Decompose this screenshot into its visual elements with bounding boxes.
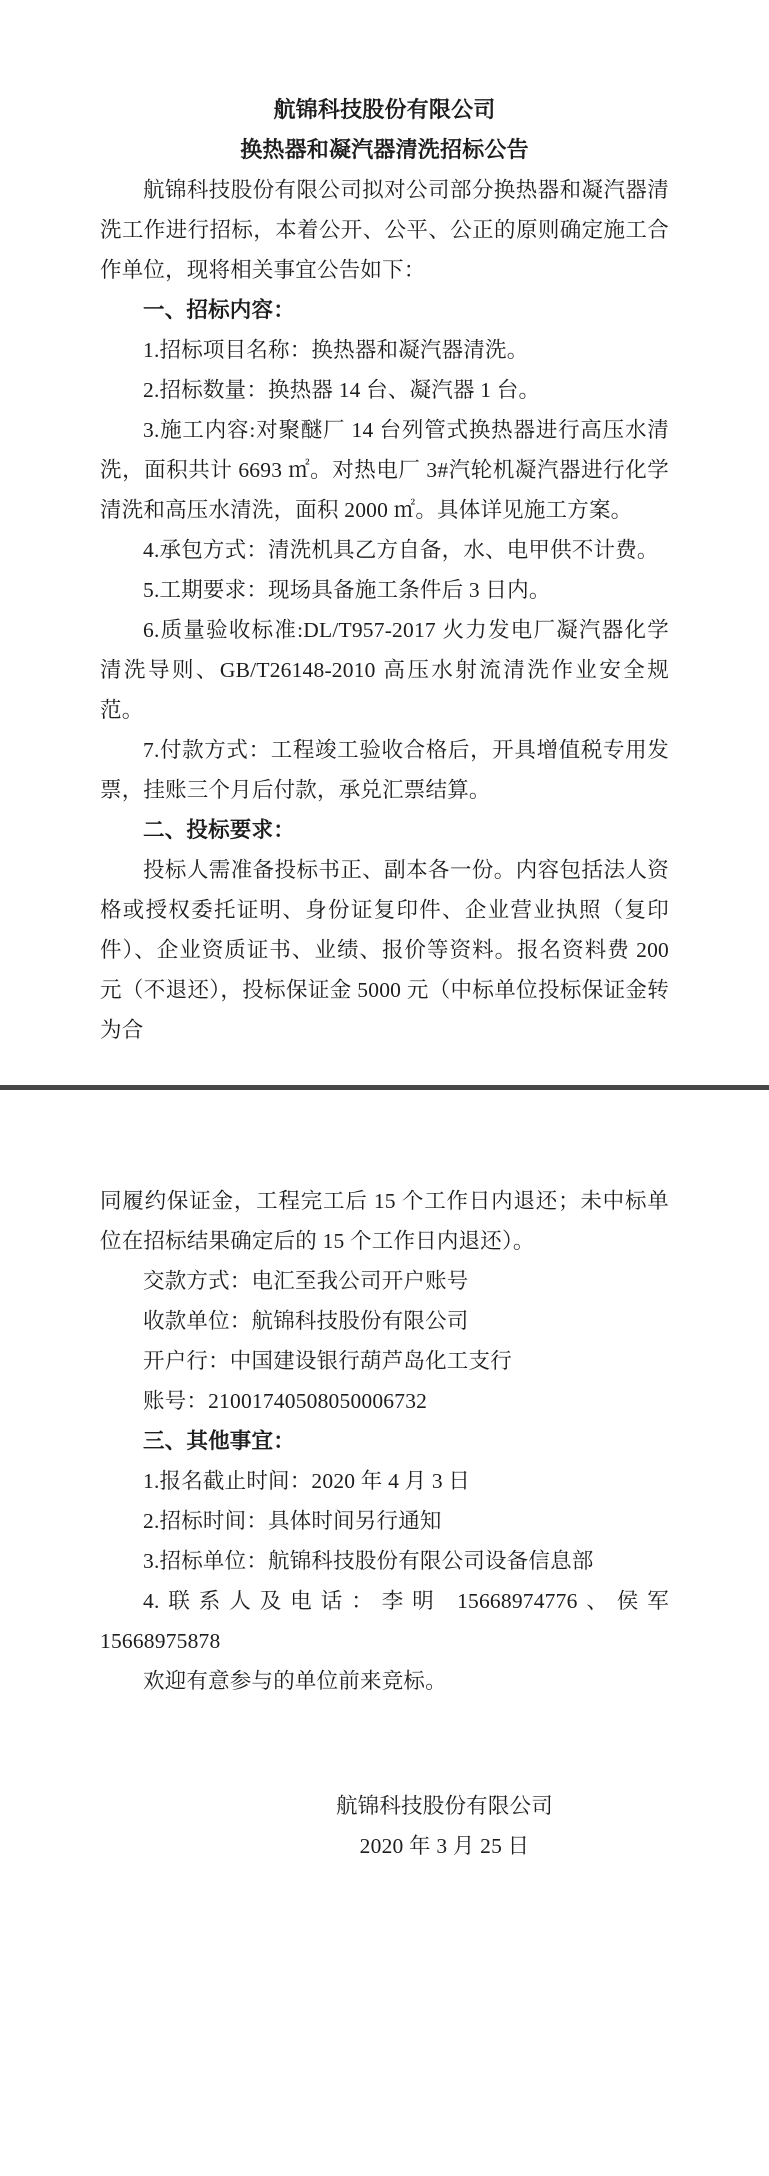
signature-block: 航锦科技股份有限公司 2020 年 3 月 25 日 xyxy=(336,1786,553,1866)
closing-line: 欢迎有意参与的单位前来竞标。 xyxy=(100,1661,669,1701)
page-2: 同履约保证金，工程完工后 15 个工作日内退还；未中标单位在招标结果确定后的 1… xyxy=(0,1090,769,2176)
tender-item-payment-terms: 7.付款方式：工程竣工验收合格后，开具增值税专用发票，挂账三个月后付款，承兑汇票… xyxy=(100,730,669,810)
intro-paragraph: 航锦科技股份有限公司拟对公司部分换热器和凝汽器清洗工作进行招标，本着公开、公平、… xyxy=(100,170,669,290)
other-item-tender-time: 2.招标时间：具体时间另行通知 xyxy=(100,1501,669,1541)
payment-method-line: 交款方式：电汇至我公司开户账号 xyxy=(100,1261,669,1301)
section-heading-tender-content: 一、招标内容： xyxy=(100,290,669,330)
tender-item-project-name: 1.招标项目名称：换热器和凝汽器清洗。 xyxy=(100,330,669,370)
other-item-tender-unit: 3.招标单位：航锦科技股份有限公司设备信息部 xyxy=(100,1541,669,1581)
signature-date: 2020 年 3 月 25 日 xyxy=(336,1826,553,1866)
tender-item-quantity: 2.招标数量：换热器 14 台、凝汽器 1 台。 xyxy=(100,370,669,410)
doc-title-announcement: 换热器和凝汽器清洗招标公告 xyxy=(100,130,669,170)
bank-line: 开户行：中国建设银行葫芦岛化工支行 xyxy=(100,1341,669,1381)
section-heading-bid-requirements: 二、投标要求： xyxy=(100,810,669,850)
payee-line: 收款单位：航锦科技股份有限公司 xyxy=(100,1301,669,1341)
bid-requirements-paragraph: 投标人需准备投标书正、副本各一份。内容包括法人资格或授权委托证明、身份证复印件、… xyxy=(100,850,669,1050)
tender-item-scope: 3.施工内容:对聚醚厂 14 台列管式换热器进行高压水清洗，面积共计 6693 … xyxy=(100,410,669,530)
document-viewer: 航锦科技股份有限公司 换热器和凝汽器清洗招标公告 航锦科技股份有限公司拟对公司部… xyxy=(0,0,769,2176)
account-number-line: 账号：21001740508050006732 xyxy=(100,1381,669,1421)
other-item-registration-deadline: 1.报名截止时间：2020 年 4 月 3 日 xyxy=(100,1461,669,1501)
tender-item-schedule: 5.工期要求：现场具备施工条件后 3 日内。 xyxy=(100,570,669,610)
page-1: 航锦科技股份有限公司 换热器和凝汽器清洗招标公告 航锦科技股份有限公司拟对公司部… xyxy=(0,0,769,1085)
section-heading-other-matters: 三、其他事宜： xyxy=(100,1421,669,1461)
other-item-contacts: 4.联系人及电话：李明 15668974776、侯军 15668975878 xyxy=(100,1581,669,1661)
signature-company: 航锦科技股份有限公司 xyxy=(336,1786,553,1826)
bid-requirements-continuation: 同履约保证金，工程完工后 15 个工作日内退还；未中标单位在招标结果确定后的 1… xyxy=(100,1181,669,1261)
tender-item-contract-mode: 4.承包方式：清洗机具乙方自备，水、电甲供不计费。 xyxy=(100,530,669,570)
tender-item-quality-standard: 6.质量验收标准:DL/T957-2017 火力发电厂凝汽器化学清洗导则、GB/… xyxy=(100,610,669,730)
doc-title-company: 航锦科技股份有限公司 xyxy=(100,90,669,130)
